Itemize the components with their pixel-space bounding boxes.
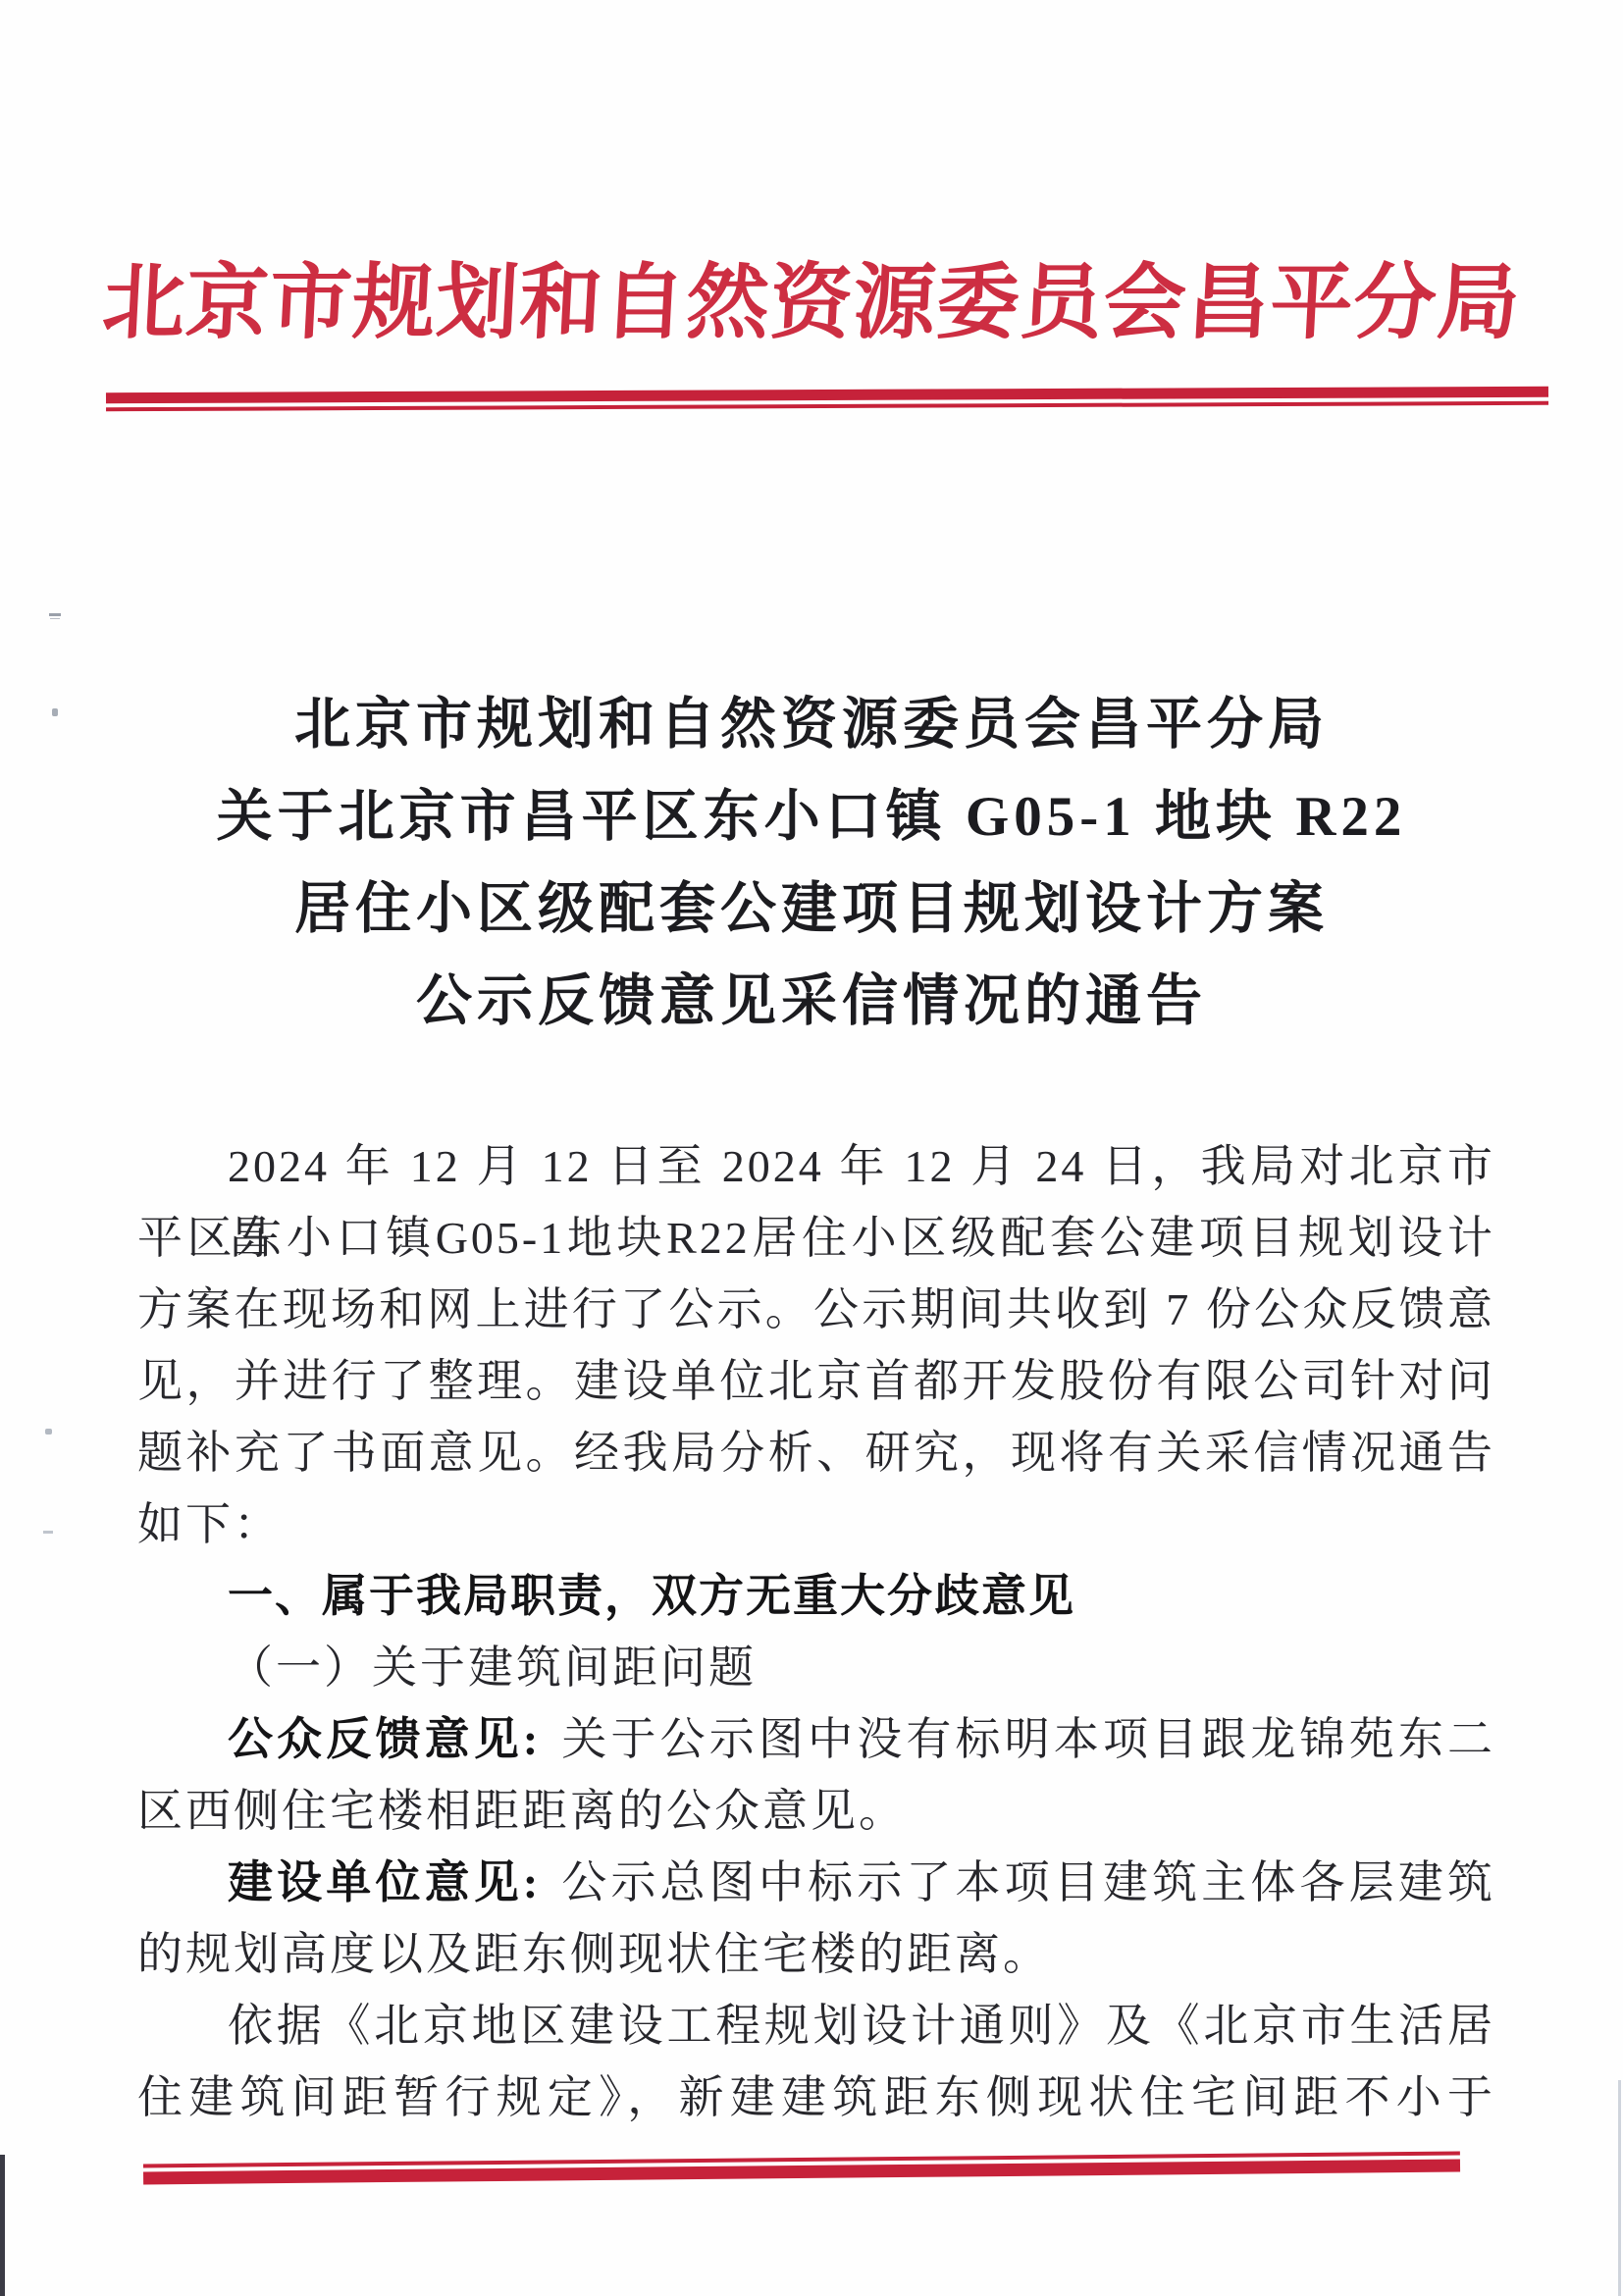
developer-opinion-line-1: 建设单位意见:公示总图中标示了本项目建筑主体各层建筑 [137,1847,1495,1918]
developer-opinion-label: 建设单位意见: [228,1857,541,1907]
document-title-line-2: 关于北京市昌平区东小口镇 G05-1 地块 R22 [0,771,1623,863]
paragraph-1-line-6: 如下： [137,1488,1495,1560]
document-title-line-3: 居住小区级配套公建项目规划设计方案 [0,863,1623,956]
section-1-heading: 一、属于我局职责，双方无重大分歧意见 [137,1560,1495,1632]
letterhead-rule [106,387,1548,411]
paragraph-1-line-2: 平区东小口镇G05-1地块R22居住小区级配套公建项目规划设计 [137,1202,1495,1274]
developer-opinion-line-2: 的规划高度以及距东侧现状住宅楼的距离。 [137,1918,1495,1990]
scan-edge-left [0,2155,5,2296]
developer-opinion-text: 公示总图中标示了本项目建筑主体各层建筑 [560,1857,1495,1907]
basis-line-2: 住建筑间距暂行规定》，新建建筑距东侧现状住宅间距不小于 [137,2061,1495,2133]
paragraph-1-line-1: 2024 年 12 月 12 日至 2024 年 12 月 24 日，我局对北京… [137,1130,1495,1202]
document-title: 北京市规划和自然资源委员会昌平分局 关于北京市昌平区东小口镇 G05-1 地块 … [0,679,1623,1048]
paragraph-1-line-3: 方案在现场和网上进行了公示。公示期间共收到 7 份公众反馈意 [137,1274,1495,1345]
document-body: 2024 年 12 月 12 日至 2024 年 12 月 24 日，我局对北京… [137,1130,1495,2133]
scan-artifact [49,613,61,616]
scan-artifact [52,708,58,716]
scan-artifact [45,1429,52,1435]
document-title-line-4: 公示反馈意见采信情况的通告 [0,956,1623,1048]
document-title-line-1: 北京市规划和自然资源委员会昌平分局 [0,679,1623,771]
letterhead-title: 北京市规划和自然资源委员会昌平分局 [0,250,1623,358]
scan-artifact [43,1531,53,1534]
document-page: 北京市规划和自然资源委员会昌平分局 北京市规划和自然资源委员会昌平分局 关于北京… [0,0,1623,2296]
public-feedback-text: 关于公示图中没有标明本项目跟龙锦苑东二 [560,1714,1495,1764]
paragraph-1-line-4: 见，并进行了整理。建设单位北京首都开发股份有限公司针对问 [137,1345,1495,1417]
public-feedback-line-2: 区西侧住宅楼相距距离的公众意见。 [137,1775,1495,1847]
paragraph-1-line-5: 题补充了书面意见。经我局分析、研究，现将有关采信情况通告 [137,1417,1495,1488]
section-1-subheading: （一）关于建筑间距问题 [137,1632,1495,1703]
scan-edge-right [1618,2080,1621,2296]
public-feedback-label: 公众反馈意见: [228,1714,541,1764]
basis-line-1: 依据《北京地区建设工程规划设计通则》及《北京市生活居 [137,1990,1495,2061]
public-feedback-line-1: 公众反馈意见:关于公示图中没有标明本项目跟龙锦苑东二 [137,1703,1495,1775]
footer-rule [143,2152,1460,2185]
